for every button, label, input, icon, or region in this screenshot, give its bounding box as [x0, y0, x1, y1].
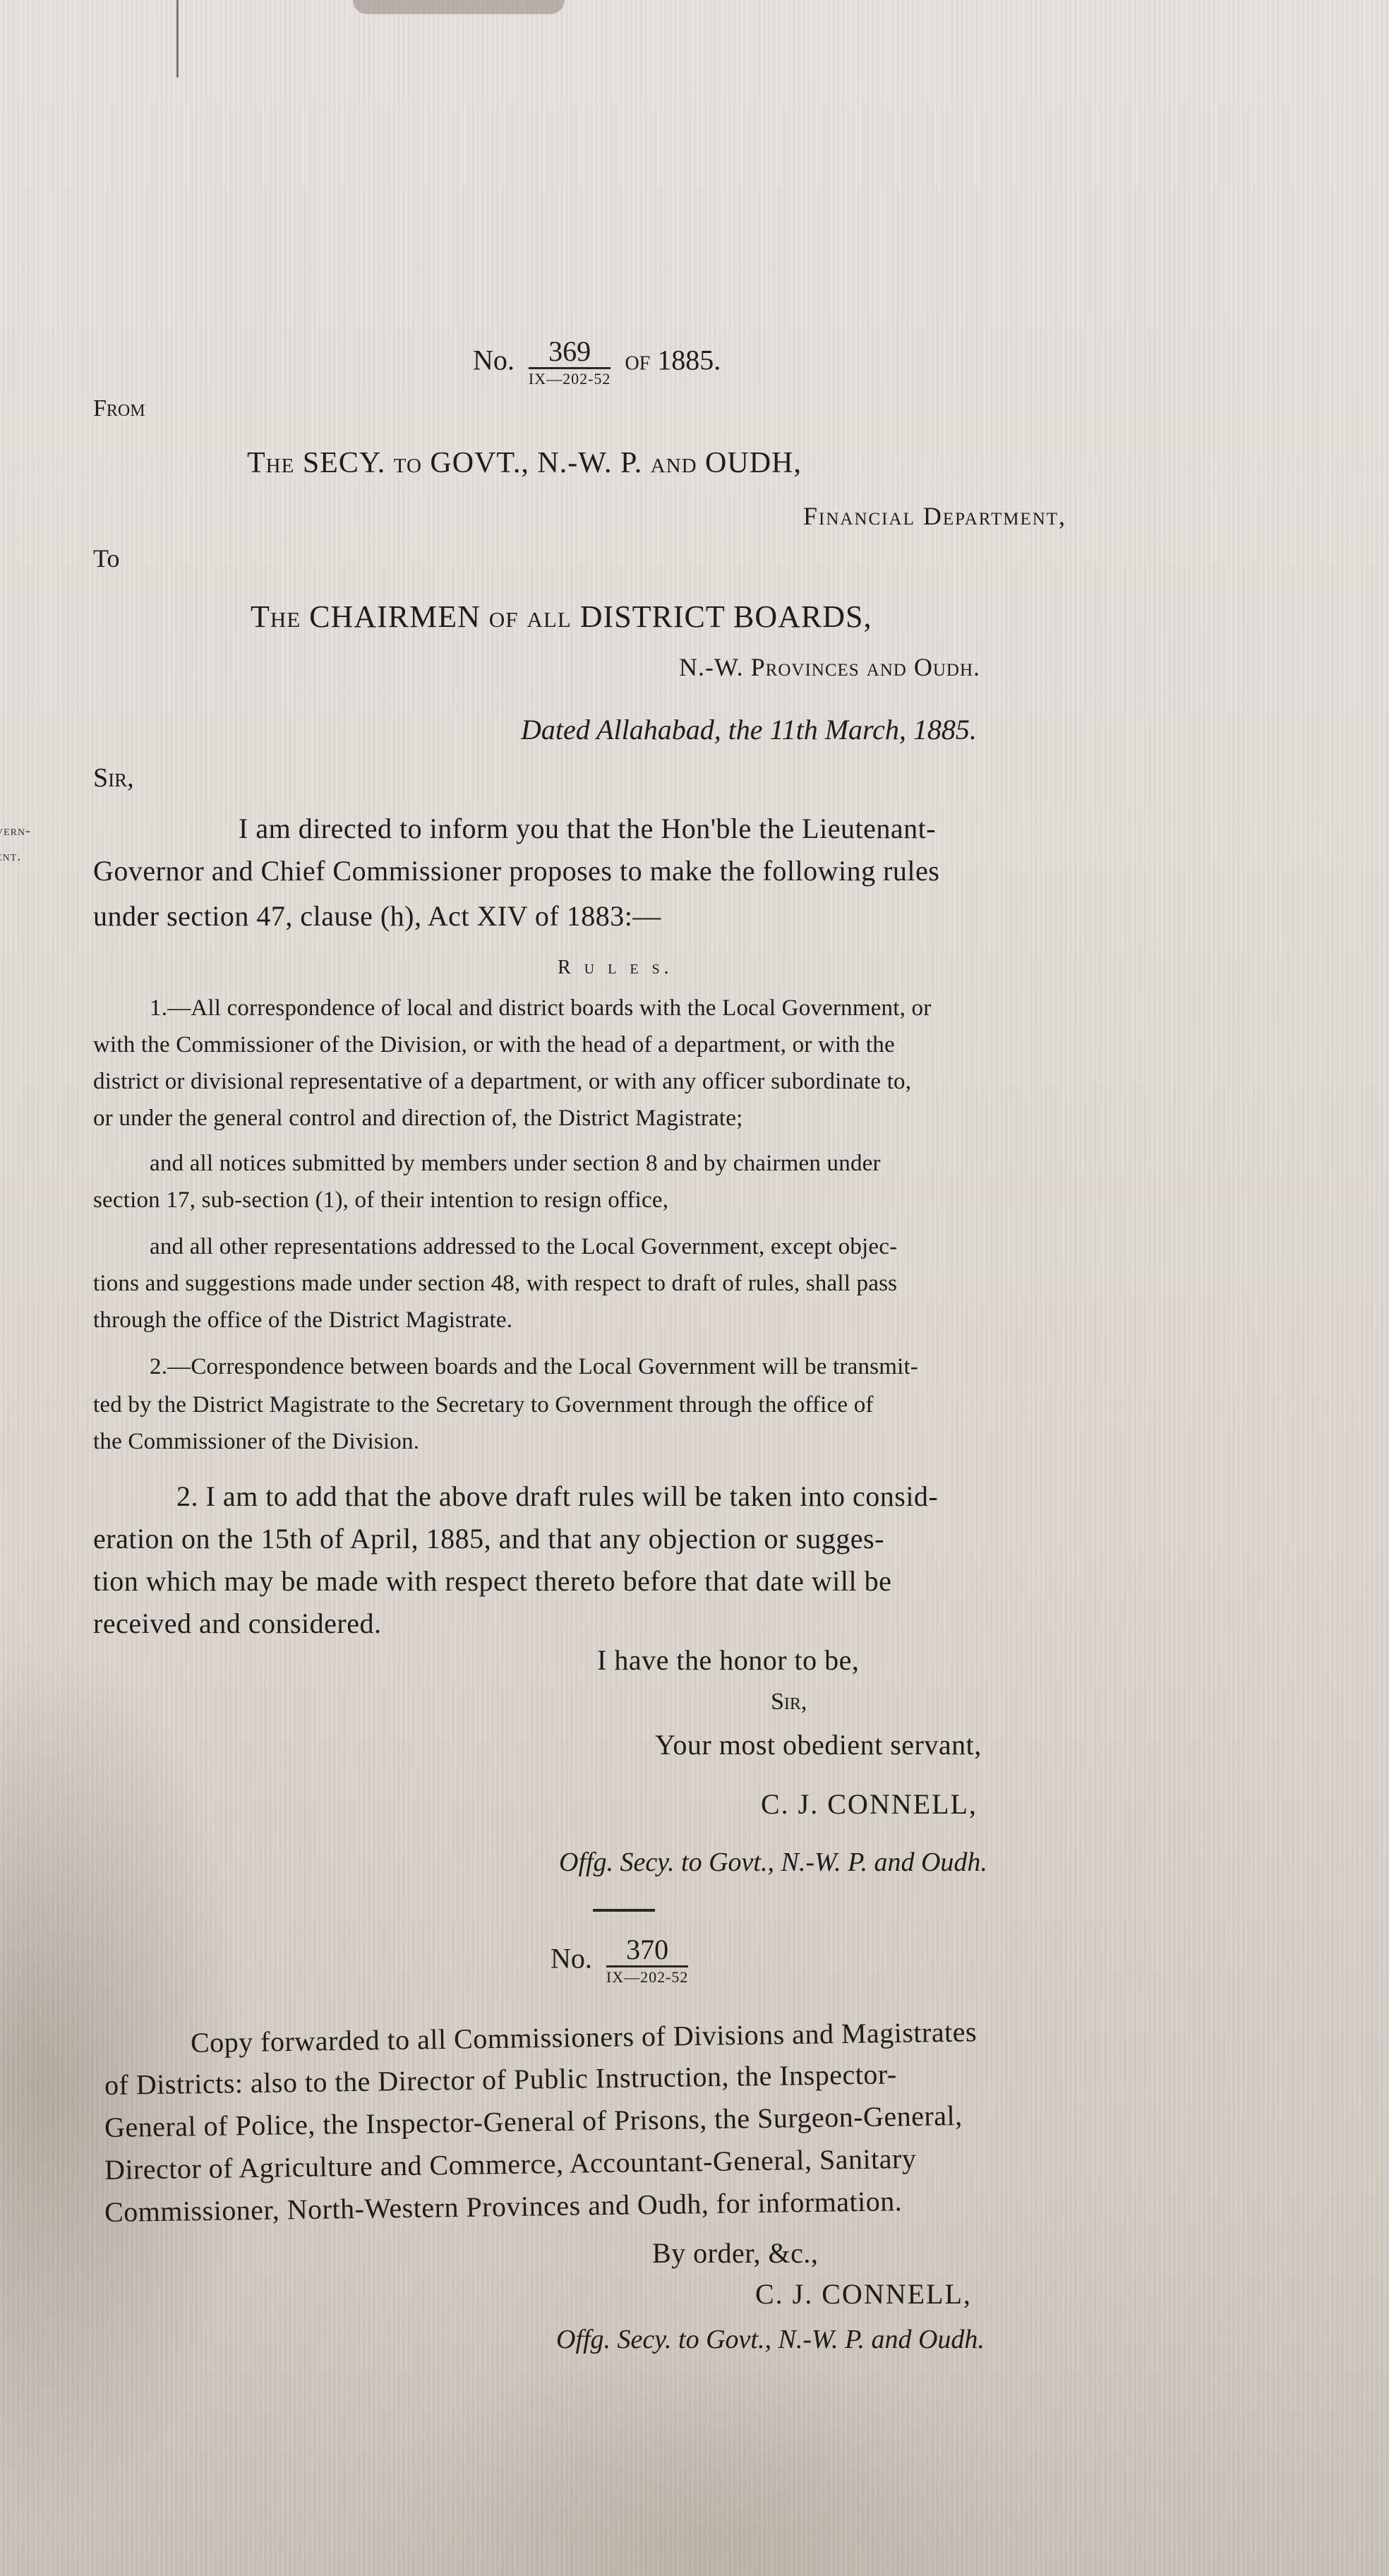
from-line2: Financial Department, [803, 501, 1066, 531]
para2-line: tion which may be made with respect ther… [93, 1564, 891, 1598]
reference-suffix: of 1885. [625, 345, 721, 376]
intro-line: under section 47, clause (h), Act XIV of… [93, 899, 661, 933]
copy-text-line: Commissioner, North-Western Provinces an… [104, 2184, 903, 2229]
margin-note-2: ent. [0, 849, 21, 865]
copy-reference-prefix: No. [551, 1943, 592, 1975]
copy-closing-title: Offg. Secy. to Govt., N.-W. P. and Oudh. [556, 2324, 985, 2355]
to-label: To [93, 544, 119, 573]
rule2-line: ted by the District Magistrate to the Se… [93, 1392, 874, 1418]
rule1c-line: and all other representations addressed … [150, 1234, 897, 1260]
para2-line: eration on the 15th of April, 1885, and … [93, 1522, 884, 1555]
copy-reference-fraction: 370 IX—202-52 [606, 1936, 689, 1987]
rules-heading: R u l e s. [558, 957, 673, 979]
to-line2: N.-W. Provinces and Oudh. [679, 652, 980, 682]
copy-text-line: General of Police, the Inspector-General… [104, 2099, 963, 2144]
dated-line: Dated Allahabad, the 11th March, 1885. [521, 713, 977, 746]
copy-reference-file-code: IX—202-52 [606, 1967, 689, 1987]
reference-num: 369 [529, 337, 611, 369]
rule1b-line: and all notices submitted by members und… [150, 1151, 881, 1177]
copy-text-line: Director of Agriculture and Commerce, Ac… [104, 2142, 917, 2186]
to-line1: The CHAIRMEN of all DISTRICT BOARDS, [251, 599, 872, 635]
margin-note-1: vern- [0, 823, 31, 839]
reference-file-code: IX—202-52 [529, 369, 611, 389]
paper-edge-mark [176, 0, 179, 78]
reference-prefix: No. [473, 345, 515, 376]
rule1-line: or under the general control and directi… [93, 1106, 742, 1132]
rule1c-line: tions and suggestions made under section… [93, 1271, 897, 1297]
para2-line: 2. I am to add that the above draft rule… [176, 1480, 938, 1513]
from-label: From [93, 395, 145, 422]
copy-reference-number: No. 370 IX—202-52 [551, 1936, 695, 1987]
copy-text-line: Copy forwarded to all Commissioners of D… [191, 2015, 978, 2059]
paper-stain [353, 0, 565, 14]
rule1-line: district or divisional representative of… [93, 1069, 911, 1095]
intro-line: I am directed to inform you that the Hon… [239, 812, 936, 845]
rule1c-line: through the office of the District Magis… [93, 1307, 512, 1334]
closing-line2: Sir, [771, 1689, 807, 1715]
closing-title: Offg. Secy. to Govt., N.-W. P. and Oudh. [559, 1847, 987, 1878]
rule1b-line: section 17, sub-section (1), of their in… [93, 1187, 668, 1214]
copy-reference-num: 370 [606, 1936, 689, 1967]
rule1-line: 1.—All correspondence of local and distr… [150, 995, 931, 1022]
closing-signatory: C. J. CONNELL, [761, 1787, 978, 1821]
reference-fraction: 369 IX—202-52 [529, 337, 611, 389]
intro-line: Governor and Chief Commissioner proposes… [93, 854, 939, 887]
para2-line: received and considered. [93, 1607, 381, 1640]
reference-number: No. 369 IX—202-52 of 1885. [473, 337, 721, 389]
closing-line1: I have the honor to be, [597, 1643, 859, 1677]
rule1-line: with the Commissioner of the Division, o… [93, 1032, 895, 1058]
copy-closing-signatory: C. J. CONNELL, [755, 2277, 972, 2311]
closing-line3: Your most obedient servant, [655, 1728, 982, 1761]
rule2-line: the Commissioner of the Division. [93, 1429, 419, 1455]
rule2-line: 2.—Correspondence between boards and the… [150, 1354, 918, 1380]
copy-closing-line1: By order, &c., [652, 2236, 818, 2270]
from-line1: The SECY. to GOVT., N.-W. P. and OUDH, [247, 446, 802, 480]
section-divider [593, 1909, 655, 1912]
copy-text-line: of Districts: also to the Director of Pu… [104, 2057, 897, 2102]
salutation: Sir, [93, 762, 134, 793]
